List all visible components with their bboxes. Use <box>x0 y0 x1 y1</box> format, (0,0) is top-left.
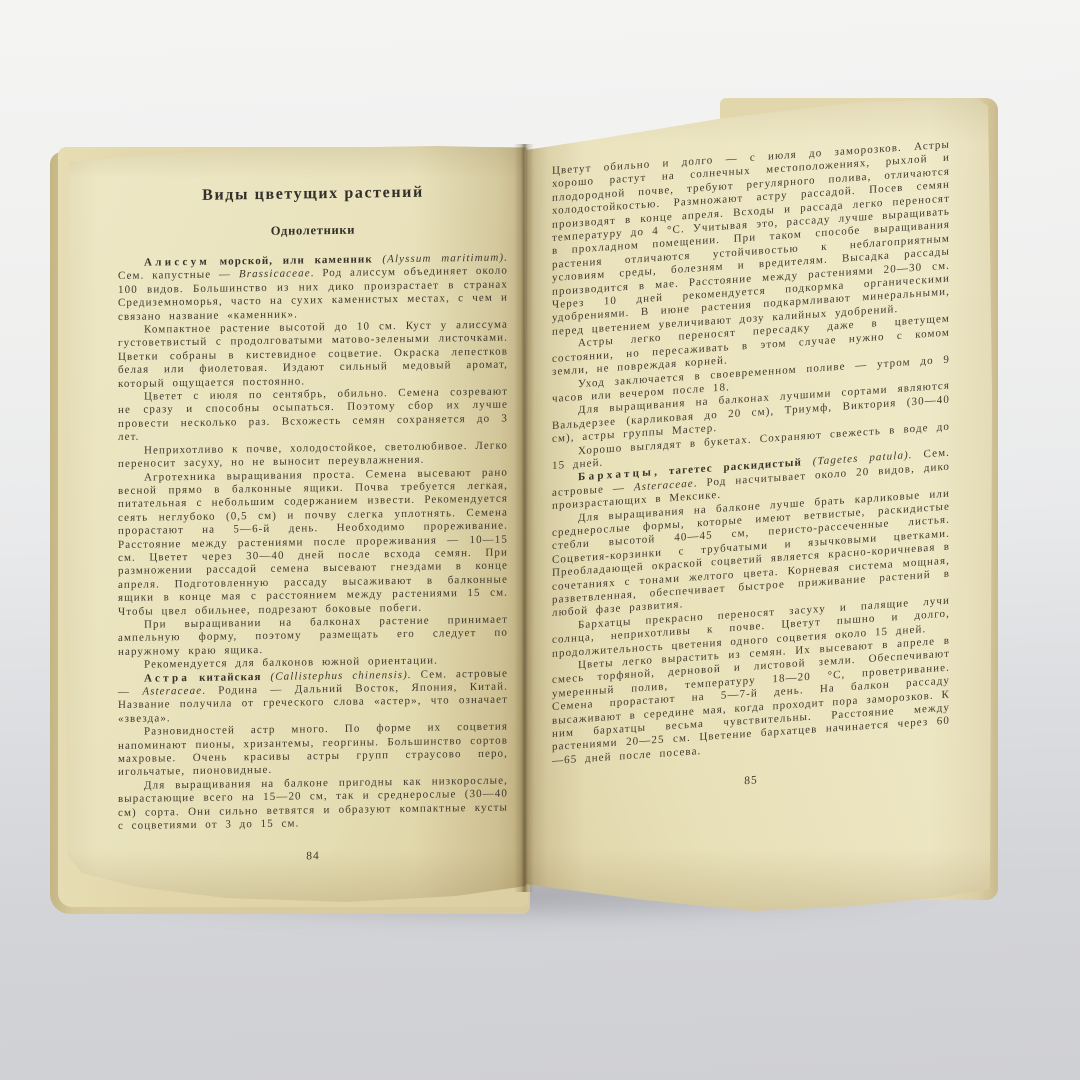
paragraph: Цветут обильно и долго — с июля до замор… <box>552 139 950 340</box>
paragraph: Разновидностей астр много. По форме их с… <box>118 721 508 780</box>
paragraph: Для выращивания на балконе пригодны как … <box>118 774 508 833</box>
left-page-paragraphs: Алиссум морской, или каменник (Alyssum m… <box>118 252 508 834</box>
left-page-text: Виды цветущих растений Однолетники Алисс… <box>118 183 508 866</box>
paragraph: Агротехника выращивания проста. Семена в… <box>118 466 508 619</box>
right-page-text: Цветут обильно и долго — с июля до замор… <box>552 139 950 801</box>
paragraph: Алиссум морской, или каменник (Alyssum m… <box>118 252 508 324</box>
paragraph: Астра китайская (Callistephus chinensis)… <box>118 667 508 726</box>
book-photo: Виды цветущих растений Однолетники Алисс… <box>0 0 1080 1080</box>
section-subtitle: Однолетники <box>118 221 508 241</box>
book-gutter-crease <box>514 144 534 892</box>
paragraph: Цветет с июля по сентябрь, обильно. Семе… <box>118 386 508 445</box>
paragraph: При выращивании на балконах растение при… <box>118 614 508 660</box>
paragraph: Компактное растение высотой до 10 см. Ку… <box>118 319 508 391</box>
right-page-paragraphs: Цветут обильно и долго — с июля до замор… <box>552 139 950 769</box>
